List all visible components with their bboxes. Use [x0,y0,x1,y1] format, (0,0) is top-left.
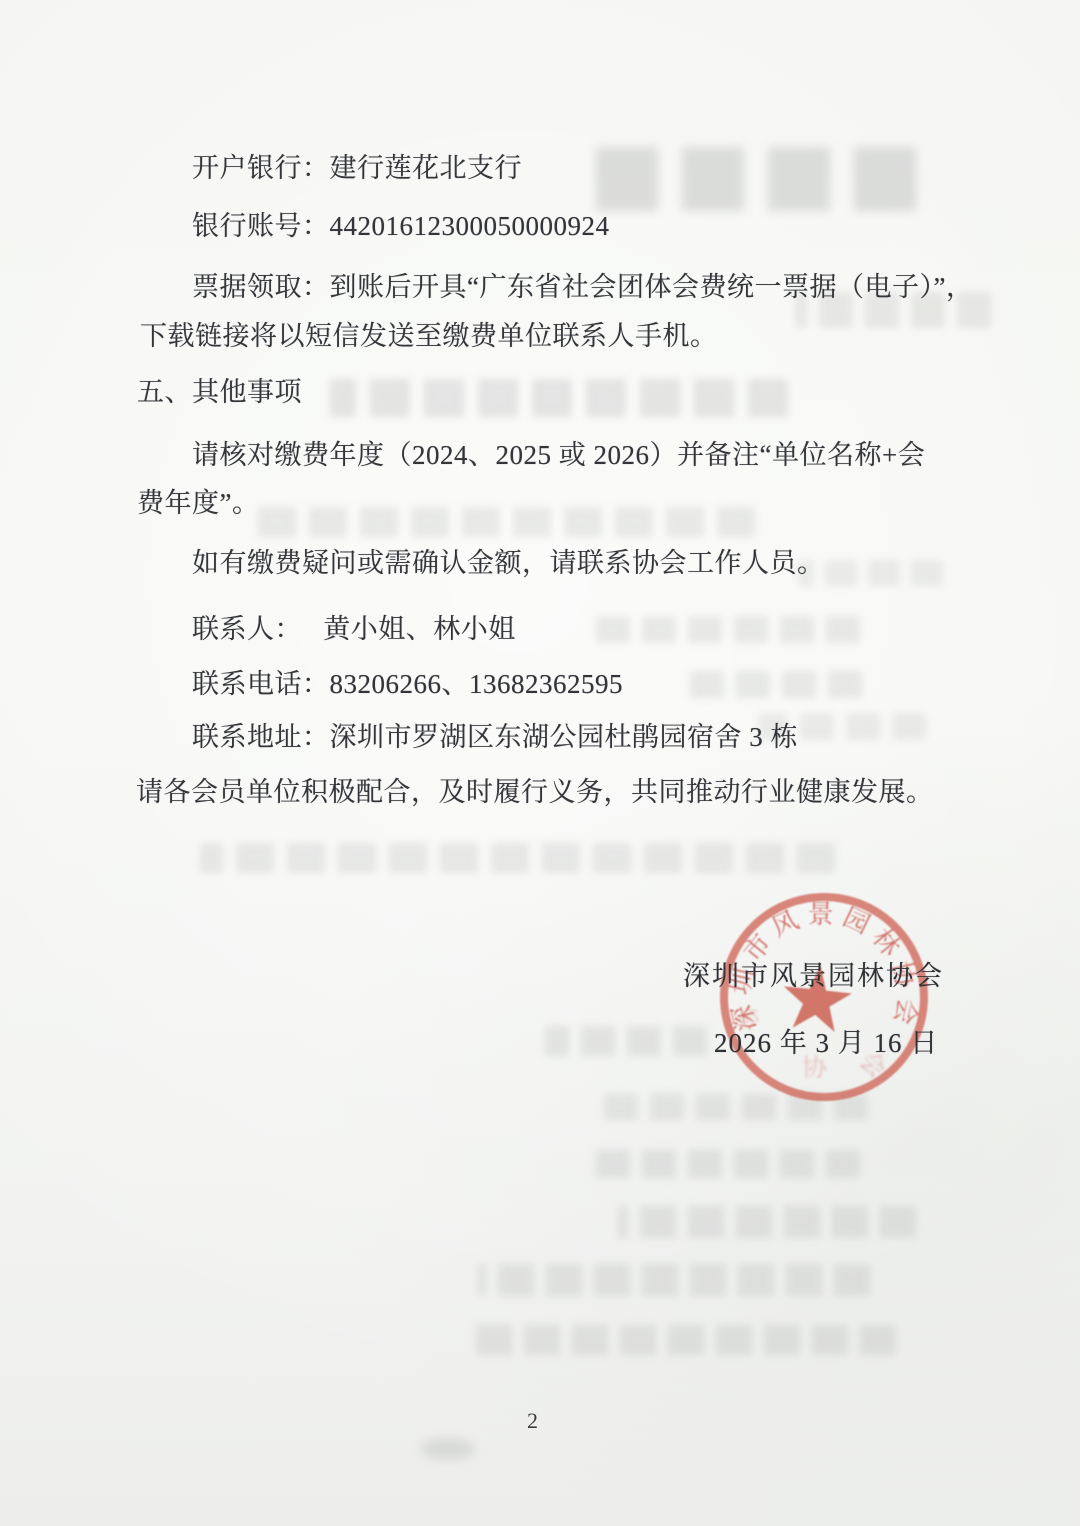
doc-line-closing: 请各会员单位积极配合，及时履行义务，共同推动行业健康发展。 [136,776,934,810]
doc-line-invoice-1: 票据领取：到账后开具“广东省社会团体会费统一票据（电子）”， [192,271,973,305]
doc-line-year-note-1: 请核对缴费年度（2024、2025 或 2026）并备注“单位名称+会 [192,439,925,473]
ghost-text-row [330,379,788,417]
page-number: 2 [527,1408,538,1434]
ghost-text-row [594,1150,860,1178]
association-seal: 深圳市风景园林协会 协 协 会 [706,880,942,1116]
doc-line-contact-phone: 联系电话：83206266、13682362595 [192,668,623,702]
ghost-text-row [578,147,916,211]
ghost-text-row [200,843,835,873]
doc-line-bank-account: 银行账号：44201612300050000924 [192,210,610,244]
scan-smudge [420,1438,475,1460]
ghost-text-row [686,671,862,698]
doc-line-invoice-2: 下载链接将以短信发送至缴费单位联系人手机。 [140,320,718,354]
ghost-text-row [468,1325,896,1355]
doc-line-bank-name: 开户银行：建行莲花北支行 [192,152,522,186]
doc-line-question-note: 如有缴费疑问或需确认金额，请联系协会工作人员。 [192,547,825,581]
doc-line-contact-person: 联系人： 黄小姐、林小姐 [192,613,516,647]
document-page: 开户银行：建行莲花北支行 银行账号：44201612300050000924 票… [0,0,1080,1526]
ghost-text-row [618,1206,916,1238]
seal-graphic: 深圳市风景园林协会 协 协 会 [706,880,942,1116]
signature-org: 深圳市风景园林协会 [683,954,944,993]
ghost-text-row [478,1264,870,1296]
ghost-text-row [250,507,755,537]
ghost-text-row [545,1026,707,1056]
signature-date: 2026 年 3 月 16 日 [714,1021,938,1060]
doc-heading-section-5: 五、其他事项 [137,376,302,410]
doc-line-year-note-2: 费年度”。 [137,487,259,521]
doc-line-contact-addr: 联系地址：深圳市罗湖区东湖公园杜鹃园宿舍 3 栋 [192,721,798,755]
ghost-text-row [592,616,860,643]
